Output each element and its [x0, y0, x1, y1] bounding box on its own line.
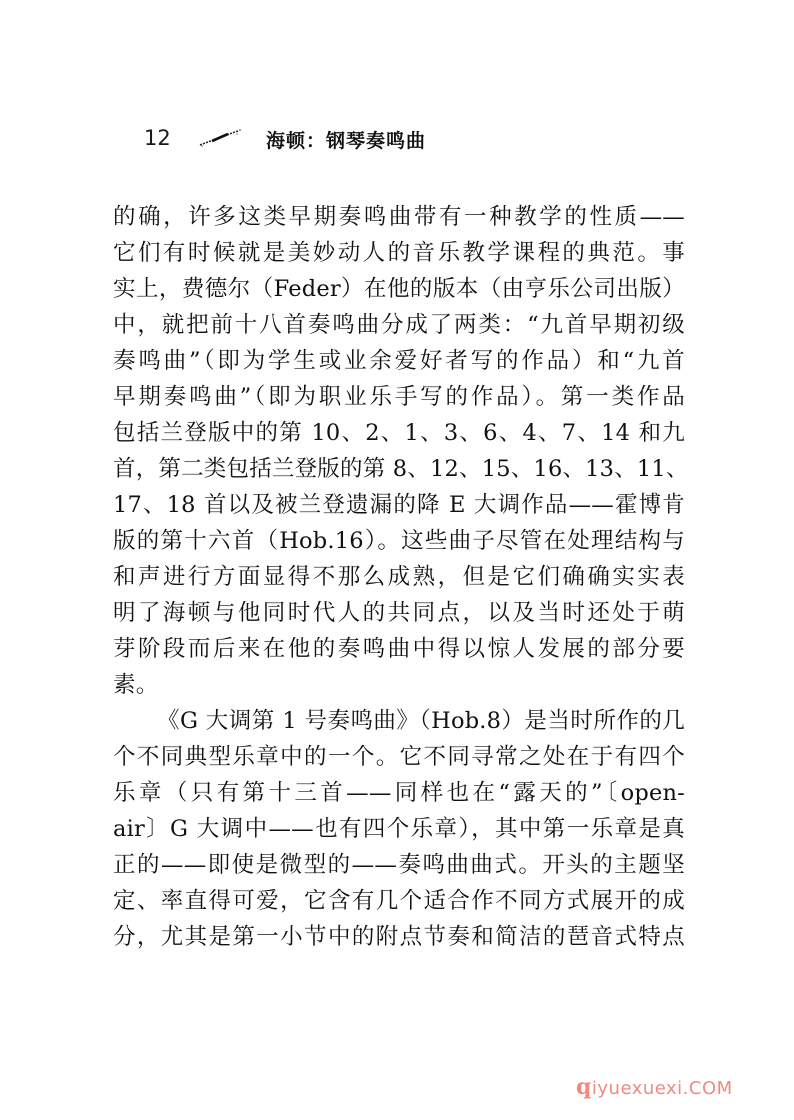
text-line: 奏鸣曲”（即为学生或业余爱好者写的作品）和“九首	[113, 343, 685, 379]
body-text: 的确，许多这类早期奏鸣曲带有一种教学的性质—— 它们有时候就是美妙动人的音乐教学…	[113, 199, 685, 955]
text-line: 个不同典型乐章中的一个。它不同寻常之处在于有四个	[113, 739, 685, 775]
pen-flourish-icon	[198, 128, 242, 148]
running-title: 海顿：钢琴奏鸣曲	[266, 126, 426, 153]
text-line: 定、率直得可爱，它含有几个适合作不同方式展开的成	[113, 883, 685, 919]
text-line: 中，就把前十八首奏鸣曲分成了两类：“九首早期初级	[113, 307, 685, 343]
watermark-logo-letter: q	[576, 1074, 592, 1100]
text-line: 的确，许多这类早期奏鸣曲带有一种教学的性质——	[113, 199, 685, 235]
text-line: 乐章（只有第十三首——同样也在“露天的”〔open-	[113, 775, 685, 811]
text-line: 《G 大调第 1 号奏鸣曲》（Hob.8）是当时所作的几	[113, 703, 685, 739]
watermark-text: iyuexuexi.COM	[592, 1078, 733, 1099]
text-line: air〕G 大调中——也有四个乐章），其中第一乐章是真	[113, 811, 685, 847]
text-line: 素。	[113, 667, 685, 703]
text-line: 芽阶段而后来在他的奏鸣曲中得以惊人发展的部分要	[113, 631, 685, 667]
text-line: 正的——即使是微型的——奏鸣曲曲式。开头的主题坚	[113, 847, 685, 883]
paragraph: 《G 大调第 1 号奏鸣曲》（Hob.8）是当时所作的几 个不同典型乐章中的一个…	[113, 703, 685, 955]
text-line: 实上，费德尔（Feder）在他的版本（由亨乐公司出版）	[113, 271, 685, 307]
site-watermark: qiyuexuexi.COM	[576, 1074, 733, 1100]
text-line: 分，尤其是第一小节中的附点节奏和简洁的琶音式特点	[113, 919, 685, 955]
text-line: 它们有时候就是美妙动人的音乐教学课程的典范。事	[113, 235, 685, 271]
page-header: 12 海顿：钢琴奏鸣曲	[0, 122, 794, 158]
text-line: 首，第二类包括兰登版的第 8、12、15、16、13、11、	[113, 451, 685, 487]
text-line: 和声进行方面显得不那么成熟，但是它们确确实实表	[113, 559, 685, 595]
text-line: 17、18 首以及被兰登遗漏的降 E 大调作品——霍博肯	[113, 487, 685, 523]
text-line: 明了海顿与他同时代人的共同点，以及当时还处于萌	[113, 595, 685, 631]
text-line: 早期奏鸣曲”（即为职业乐手写的作品）。第一类作品	[113, 379, 685, 415]
paragraph: 的确，许多这类早期奏鸣曲带有一种教学的性质—— 它们有时候就是美妙动人的音乐教学…	[113, 199, 685, 703]
page-number: 12	[144, 126, 171, 150]
text-line: 版的第十六首（Hob.16）。这些曲子尽管在处理结构与	[113, 523, 685, 559]
text-line: 包括兰登版中的第 10、2、1、3、6、4、7、14 和九	[113, 415, 685, 451]
